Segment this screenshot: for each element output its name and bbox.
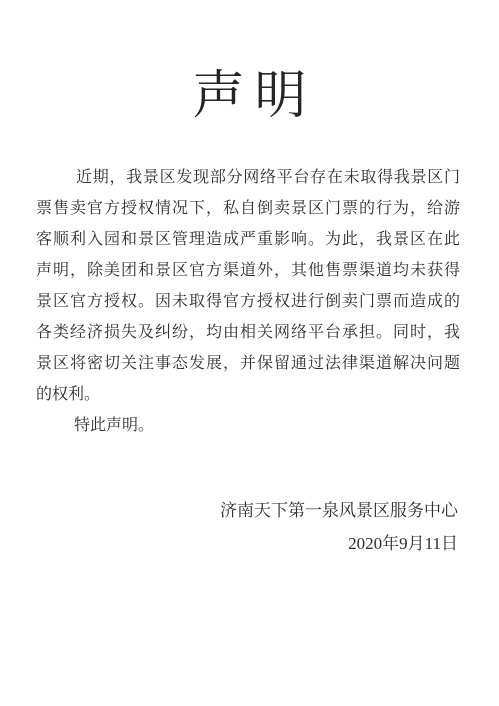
closing-line: 特此声明。 [36, 410, 460, 441]
body-line-7: 景区将密切关注事态发展，并保留通过法律渠道解决问题 [36, 348, 460, 379]
body-line-3: 客顺利入园和景区管理造成严重影响。为此，我景区在此 [36, 224, 460, 255]
document-title: 声明 [0, 63, 499, 131]
statement-body: 近期，我景区发现部分网络平台存在未取得我景区门 票售卖官方授权情况下，私自倒卖景… [36, 162, 460, 441]
body-line-5: 景区官方授权。因未取得官方授权进行倒卖门票而造成的 [36, 286, 460, 317]
body-line-1: 近期，我景区发现部分网络平台存在未取得我景区门 [36, 162, 460, 193]
signature-block: 济南天下第一泉风景区服务中心 2020年9月11日 [220, 494, 458, 560]
statement-document: 声明 近期，我景区发现部分网络平台存在未取得我景区门 票售卖官方授权情况下，私自… [0, 0, 499, 706]
body-line-2: 票售卖官方授权情况下，私自倒卖景区门票的行为，给游 [36, 193, 460, 224]
signature-organization: 济南天下第一泉风景区服务中心 [220, 494, 458, 527]
body-line-6: 各类经济损失及纠纷，均由相关网络平台承担。同时，我 [36, 317, 460, 348]
signature-date: 2020年9月11日 [220, 527, 458, 560]
body-line-4: 声明，除美团和景区官方渠道外，其他售票渠道均未获得 [36, 255, 460, 286]
body-line-8: 的权利。 [36, 379, 460, 410]
